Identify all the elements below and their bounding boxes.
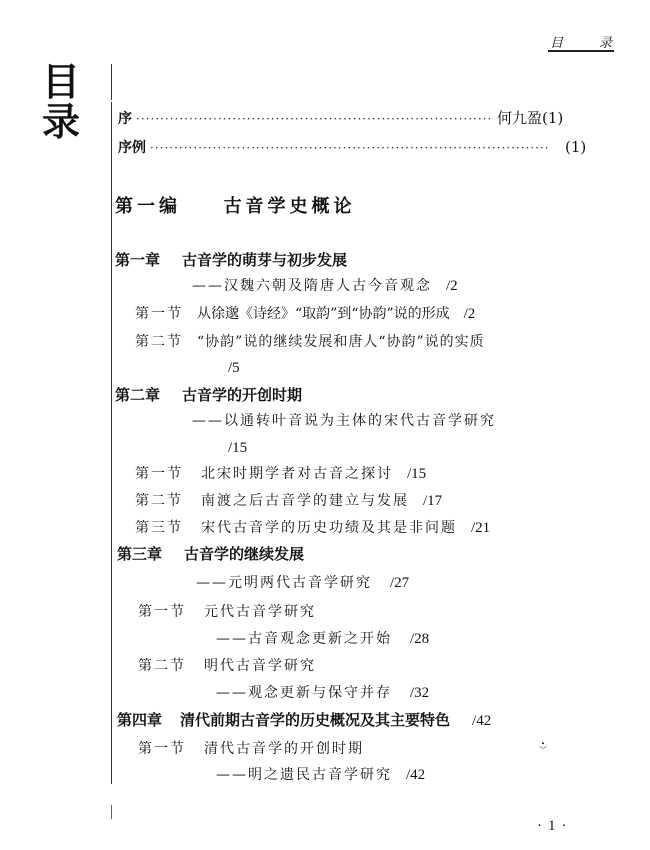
chapter-title: 古音学的萌芽与初步发展 <box>182 251 347 269</box>
section-label: 第一节 <box>135 466 183 482</box>
page-number: /2 <box>464 306 476 322</box>
toc-section[interactable]: 第一节北宋时期学者对古音之探讨/15 <box>135 465 426 483</box>
toc-subtitle: ——元明两代古音学研究/27 <box>196 574 409 592</box>
chapter-label: 第三章 <box>117 545 162 563</box>
section-title: 宋代古音学的历史功绩及其是非问题 <box>201 520 457 536</box>
chapter-label: 第一章 <box>115 251 160 269</box>
toc-entry-title: 序 <box>118 111 132 127</box>
toc-entry-page: 何九盈(1) <box>497 109 563 127</box>
toc-chapter-1[interactable]: 第一章古音学的萌芽与初步发展 <box>115 251 347 269</box>
section-label: 第一节 <box>138 741 186 757</box>
page-title-char-2: 录 <box>42 102 82 142</box>
page-number: /5 <box>228 360 240 376</box>
page-number: /32 <box>410 685 429 701</box>
toc-front-xu[interactable]: 序 <box>118 110 132 128</box>
page-number: /21 <box>471 520 490 536</box>
part-title: 古音学史概论 <box>224 196 356 217</box>
toc-front-xuli[interactable]: 序例 <box>118 139 146 157</box>
running-header-right: 录 <box>599 32 612 51</box>
section-title: 北宋时期学者对古音之探讨 <box>201 466 393 482</box>
section-label: 第二节 <box>135 493 183 509</box>
dot-leader: ········································… <box>136 112 492 126</box>
page-number: /15 <box>228 440 247 456</box>
vertical-rule <box>111 102 112 784</box>
page-title-char-1: 目 <box>42 62 82 102</box>
toc-entry-page: (1) <box>565 138 586 156</box>
subtitle-text: ——观念更新与保守并存 <box>216 685 392 701</box>
chapter-title: 清代前期古音学的历史概况及其主要特色 <box>180 711 450 729</box>
toc-subtitle: ——汉魏六朝及隋唐人古今音观念/2 <box>192 277 458 295</box>
toc-subtitle: ——明之遗民古音学研究/42 <box>216 766 425 784</box>
page-title: 目 录 <box>42 62 82 142</box>
page-number: /42 <box>406 767 425 783</box>
page-number: /17 <box>423 493 442 509</box>
section-label: 第一节 <box>138 604 186 620</box>
toc-chapter-3[interactable]: 第三章古音学的继续发展 <box>117 545 304 563</box>
chapter-label: 第二章 <box>115 386 160 404</box>
section-title: 从徐邈《诗经》“取韵”到“协韵”说的形成 <box>197 306 450 322</box>
page-number: /2 <box>446 278 458 294</box>
toc-part-heading[interactable]: 第一编 古音学史概论 <box>115 198 356 216</box>
vertical-rule <box>111 64 112 100</box>
toc-subtitle: ——以通转叶音说为主体的宋代古音学研究 <box>192 412 496 430</box>
toc-section[interactable]: 第二节南渡之后古音学的建立与发展/17 <box>135 492 442 510</box>
subtitle-text: ——明之遗民古音学研究 <box>216 767 392 783</box>
page-number-folio: ·1· <box>537 818 573 835</box>
section-title: 清代古音学的开创时期 <box>204 741 364 757</box>
running-header-left: 目 <box>550 32 563 51</box>
toc-section[interactable]: 第一节元代古音学研究 <box>138 603 316 621</box>
subtitle-text: ——古音观念更新之开始 <box>216 631 392 647</box>
dot-leader: ········································… <box>150 141 550 155</box>
section-title: 明代古音学研究 <box>204 658 316 674</box>
toc-section[interactable]: 第二节明代古音学研究 <box>138 657 316 675</box>
vertical-rule-fragment <box>111 805 112 819</box>
chapter-label: 第四章 <box>117 711 162 729</box>
page-number: /28 <box>410 631 429 647</box>
running-header: 目 录 <box>548 30 614 52</box>
subtitle-text: ——以通转叶音说为主体的宋代古音学研究 <box>192 413 496 429</box>
section-label: 第二节 <box>135 334 183 350</box>
toc-entry-title: 序例 <box>118 140 146 156</box>
section-label: 第一节 <box>135 306 183 322</box>
section-title: 南渡之后古音学的建立与发展 <box>201 493 409 509</box>
toc-section[interactable]: 第二节“协韵”说的继续发展和唐人“协韵”说的实质 <box>135 333 485 351</box>
subtitle-text: ——汉魏六朝及隋唐人古今音观念 <box>192 278 432 294</box>
toc-pageline: /15 <box>228 439 247 457</box>
section-title: “协韵”说的继续发展和唐人“协韵”说的实质 <box>197 334 485 350</box>
toc-section[interactable]: 第一节从徐邈《诗经》“取韵”到“协韵”说的形成/2 <box>135 305 475 323</box>
part-label: 第一编 <box>115 196 181 217</box>
toc-pageline: /5 <box>228 359 240 377</box>
section-label: 第三节 <box>135 520 183 536</box>
page-number: /15 <box>407 466 426 482</box>
toc-subtitle: ——古音观念更新之开始/28 <box>216 630 429 648</box>
chapter-title: 古音学的继续发展 <box>184 545 304 563</box>
section-label: 第二节 <box>138 658 186 674</box>
scan-smudge-icon <box>538 742 548 750</box>
page-number: /42 <box>472 713 491 729</box>
page-number: /27 <box>390 575 409 591</box>
section-title: 元代古音学研究 <box>204 604 316 620</box>
subtitle-text: ——元明两代古音学研究 <box>196 575 372 591</box>
chapter-title: 古音学的开创时期 <box>182 386 302 404</box>
toc-subtitle: ——观念更新与保守并存/32 <box>216 684 429 702</box>
toc-chapter-2[interactable]: 第二章古音学的开创时期 <box>115 386 302 404</box>
toc-section[interactable]: 第一节清代古音学的开创时期 <box>138 740 364 758</box>
toc-section[interactable]: 第三节宋代古音学的历史功绩及其是非问题/21 <box>135 519 490 537</box>
toc-chapter-4[interactable]: 第四章清代前期古音学的历史概况及其主要特色/42 <box>117 711 491 730</box>
